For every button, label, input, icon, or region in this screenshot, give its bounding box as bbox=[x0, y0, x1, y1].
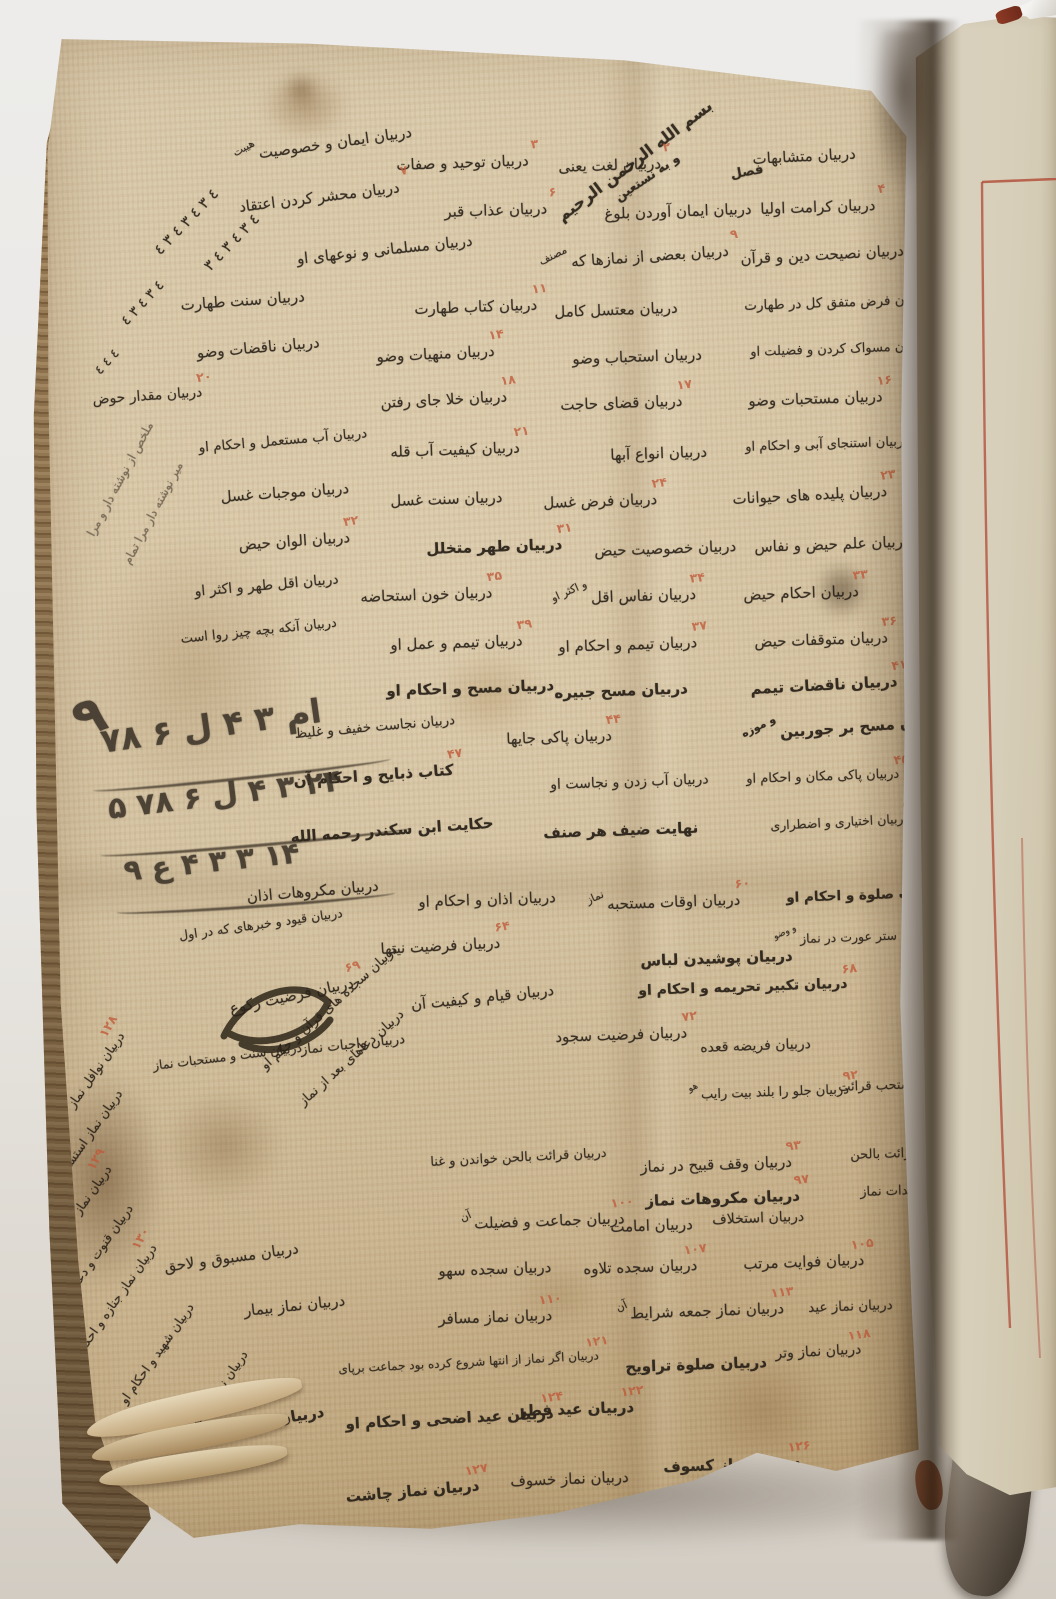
toc-entry: دربیان ستر عورت در نمازو وضو۶۲ bbox=[773, 926, 933, 947]
entry-text: دربیان انواع آبها bbox=[610, 443, 707, 464]
entry-text: دربیان ستر عورت در نماز bbox=[800, 926, 933, 946]
toc-entry: دربیان استخلاف bbox=[712, 1209, 804, 1228]
entry-number: ۳ bbox=[530, 136, 539, 152]
entry-number: ۱۷ bbox=[676, 376, 693, 393]
manuscript-page: بسم الله الرحمن الرحيم و به نستعین فصل د… bbox=[44, 30, 924, 1550]
entry-number: ۱۱۳ bbox=[770, 1283, 795, 1301]
entry-number: ۱۰۵ bbox=[850, 1234, 875, 1252]
entry-number: ۶۴ bbox=[493, 918, 510, 935]
toc-entry: دربیان نماز عید bbox=[808, 1297, 893, 1316]
entry-number: ۲۰ bbox=[195, 368, 212, 385]
entry-number: ۱۲۶ bbox=[787, 1437, 812, 1455]
entry-number: ۱۲۲ bbox=[620, 1382, 645, 1400]
entry-number: ۷۲ bbox=[680, 1007, 697, 1024]
entry-number: ۱۰۷ bbox=[683, 1240, 708, 1258]
entry-number: ۱۴ bbox=[487, 326, 504, 343]
entry-number: ۳۴ bbox=[689, 569, 706, 586]
entry-number: ۴۵ bbox=[893, 751, 910, 768]
entry-text: دربیان نفاس اقل bbox=[591, 585, 697, 607]
entry-number: ۲ bbox=[662, 139, 671, 155]
entry-number: ۳۷ bbox=[690, 617, 707, 634]
entry-number: ۴۴ bbox=[605, 710, 622, 727]
entry-number: ۶۰ bbox=[734, 875, 751, 892]
entry-number: ۱۱۰ bbox=[538, 1290, 563, 1308]
entry-number: ۱۰۰ bbox=[610, 1193, 635, 1211]
entry-text: دربیان استخلاف bbox=[712, 1209, 804, 1228]
entry-number: ۳۶ bbox=[881, 612, 898, 629]
entry-number: ۲۴ bbox=[650, 474, 667, 491]
entry-number: ۱۱۸ bbox=[847, 1325, 872, 1343]
entry-number: ۹۷ bbox=[793, 1171, 810, 1188]
entry-number: ۵۰ bbox=[902, 795, 919, 812]
entry-number: ۳۲ bbox=[342, 512, 359, 529]
entry-number: ۹ bbox=[729, 226, 739, 242]
entry-number: ۲۹ bbox=[903, 517, 920, 534]
entry-number: ۱۲۱ bbox=[584, 1332, 609, 1350]
entry-text: دربیان لغت یعنی bbox=[558, 154, 661, 176]
entry-number: ۳۹ bbox=[516, 615, 533, 632]
toc-entry: دربیان پاکی جایها۴۴ bbox=[506, 726, 612, 748]
entry-number: ۶۸ bbox=[841, 960, 858, 977]
toc-entry: دربیان انواع آبها bbox=[610, 443, 707, 464]
toc-entry: دربیان عذاب قبر۶ bbox=[444, 199, 547, 221]
stain bbox=[164, 1090, 284, 1200]
red-frame-rules bbox=[902, 178, 1056, 1578]
entry-number: ۱۲۴ bbox=[539, 1388, 564, 1406]
entry-number: ۱۱ bbox=[530, 280, 547, 297]
toc-entry: دربیان لغت یعنی۲ bbox=[558, 154, 661, 176]
entry-number: ۱۶ bbox=[876, 371, 893, 388]
entry-text: دربیان عذاب قبر bbox=[444, 199, 547, 221]
entry-number: ۲۳ bbox=[880, 466, 897, 483]
entry-number: ۹۳ bbox=[785, 1137, 802, 1154]
entry-text: دربیان پاکی جایها bbox=[506, 726, 612, 748]
entry-number: ۱۸ bbox=[500, 371, 517, 388]
facing-page bbox=[902, 0, 1056, 1599]
gutter-top-shadow bbox=[868, 30, 938, 230]
entry-number: ۱۹ bbox=[902, 418, 919, 435]
manuscript-photo: { "photo": { "subject": "Opened Persian … bbox=[0, 0, 1056, 1599]
entry-number: ۴۷ bbox=[446, 745, 463, 762]
entry-number: ۴۱ bbox=[890, 656, 907, 673]
entry-text: دربیان نماز عید bbox=[808, 1297, 893, 1316]
stain bbox=[284, 74, 318, 104]
entry-number: ۳۵ bbox=[486, 567, 503, 584]
entry-number: ۳۱ bbox=[556, 519, 573, 536]
entry-number: ۲۱ bbox=[513, 423, 530, 440]
entry-number: ۳۳ bbox=[852, 566, 869, 583]
entry-number: ۹۲ bbox=[842, 1066, 859, 1083]
